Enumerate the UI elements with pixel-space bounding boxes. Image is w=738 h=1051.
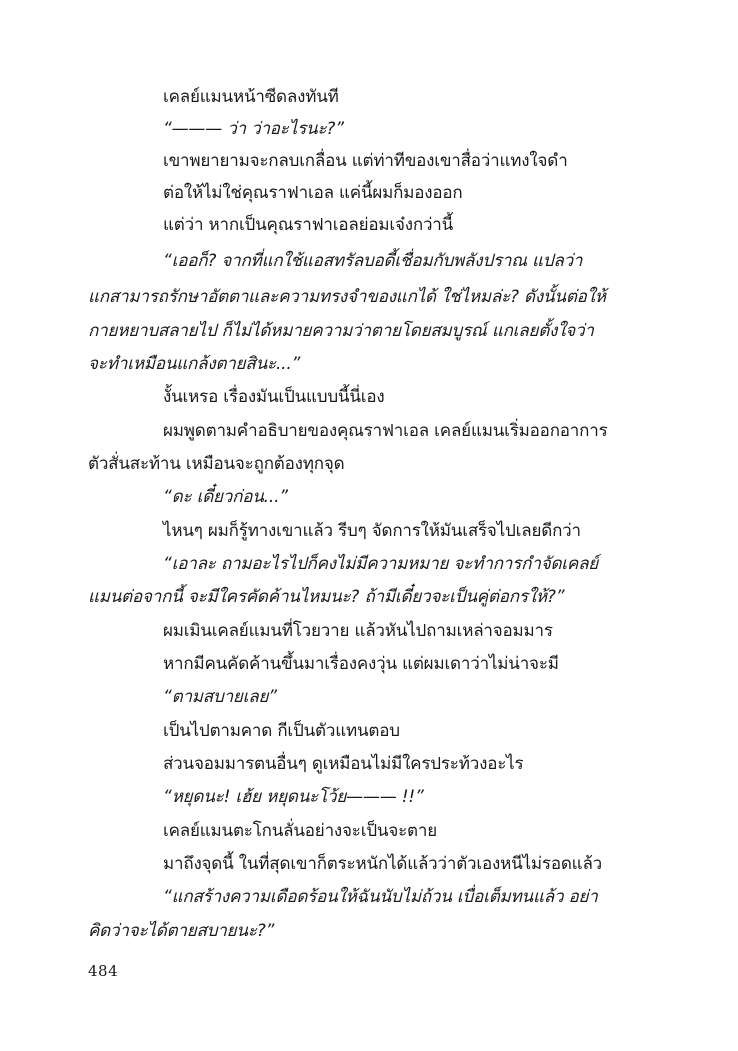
text-line: มาถึงจุดนี้ ในที่สุดเขาก็ตระหนักได้แล้วว… [163,853,653,875]
dialogue-line: คิดว่าจะได้ตายสบายนะ?” [88,920,653,942]
text-line: ผมเมินเคลย์แมนที่โวยวาย แล้วหันไปถามเหล่… [163,620,653,642]
text-line: เคลย์แมนตะโกนลั่นอย่างจะเป็นจะตาย [163,820,653,842]
dialogue-line: “เอาละ ถามอะไรไปก็คงไม่มีความหมาย จะทำกา… [163,553,653,575]
dialogue-line: “หยุดนะ! เฮ้ย หยุดนะโว้ย——— !!” [163,786,653,808]
dialogue-line: “——— ว่า ว่าอะไรนะ?” [163,118,653,140]
text-line: ส่วนจอมมารตนอื่นๆ ดูเหมือนไม่มีใครประท้ว… [163,753,653,775]
text-line: ตัวสั่นสะท้าน เหมือนจะถูกต้องทุกจุด [88,453,653,475]
dialogue-line: แกสามารถรักษาอัตตาและความทรงจำของแกได้ ใ… [88,286,653,308]
dialogue-line: แมนต่อจากนี้ จะมีใครคัดค้านไหมนะ? ถ้ามีเ… [88,586,653,608]
dialogue-line: “ตามสบายเลย” [163,686,653,708]
dialogue-line: “แกสร้างความเดือดร้อนให้ฉันนับไม่ถ้วน เบ… [163,886,653,908]
dialogue-line: “เออก็? จากที่แกใช้แอสทรัลบอดี้เชื่อมกับ… [163,250,653,272]
dialogue-line: กายหยาบสลายไป ก็ไม่ได้หมายความว่าตายโดยส… [88,320,653,342]
text-line: งั้นเหรอ เรื่องมันเป็นแบบนี้นี่เอง [163,386,653,408]
dialogue-line: จะทำเหมือนแกล้งตายสินะ...” [88,353,653,375]
text-line: ต่อให้ไม่ใช่คุณราฟาเอล แค่นี้ผมก็มองออก [163,182,653,204]
text-line: เคลย์แมนหน้าซีดลงทันที [163,86,653,108]
text-line: แต่ว่า หากเป็นคุณราฟาเอลย่อมเจ๋งกว่านี้ [163,214,653,236]
text-line: เขาพยายามจะกลบเกลื่อน แต่ท่าทีของเขาสื่อ… [163,150,653,172]
dialogue-line: “ดะ เดี๋ยวก่อน...” [163,486,653,508]
text-line: หากมีคนคัดค้านขึ้นมาเรื่องคงวุ่น แต่ผมเด… [163,653,653,675]
page-number: 484 [88,962,118,980]
text-line: ผมพูดตามคำอธิบายของคุณราฟาเอล เคลย์แมนเร… [163,420,653,442]
text-line: ไหนๆ ผมก็รู้ทางเขาแล้ว รีบๆ จัดการให้มัน… [163,520,653,542]
text-line: เป็นไปตามคาด กีเป็นตัวแทนตอบ [163,720,653,742]
book-page: เคลย์แมนหน้าซีดลงทันที “——— ว่า ว่าอะไรน… [0,0,738,1051]
